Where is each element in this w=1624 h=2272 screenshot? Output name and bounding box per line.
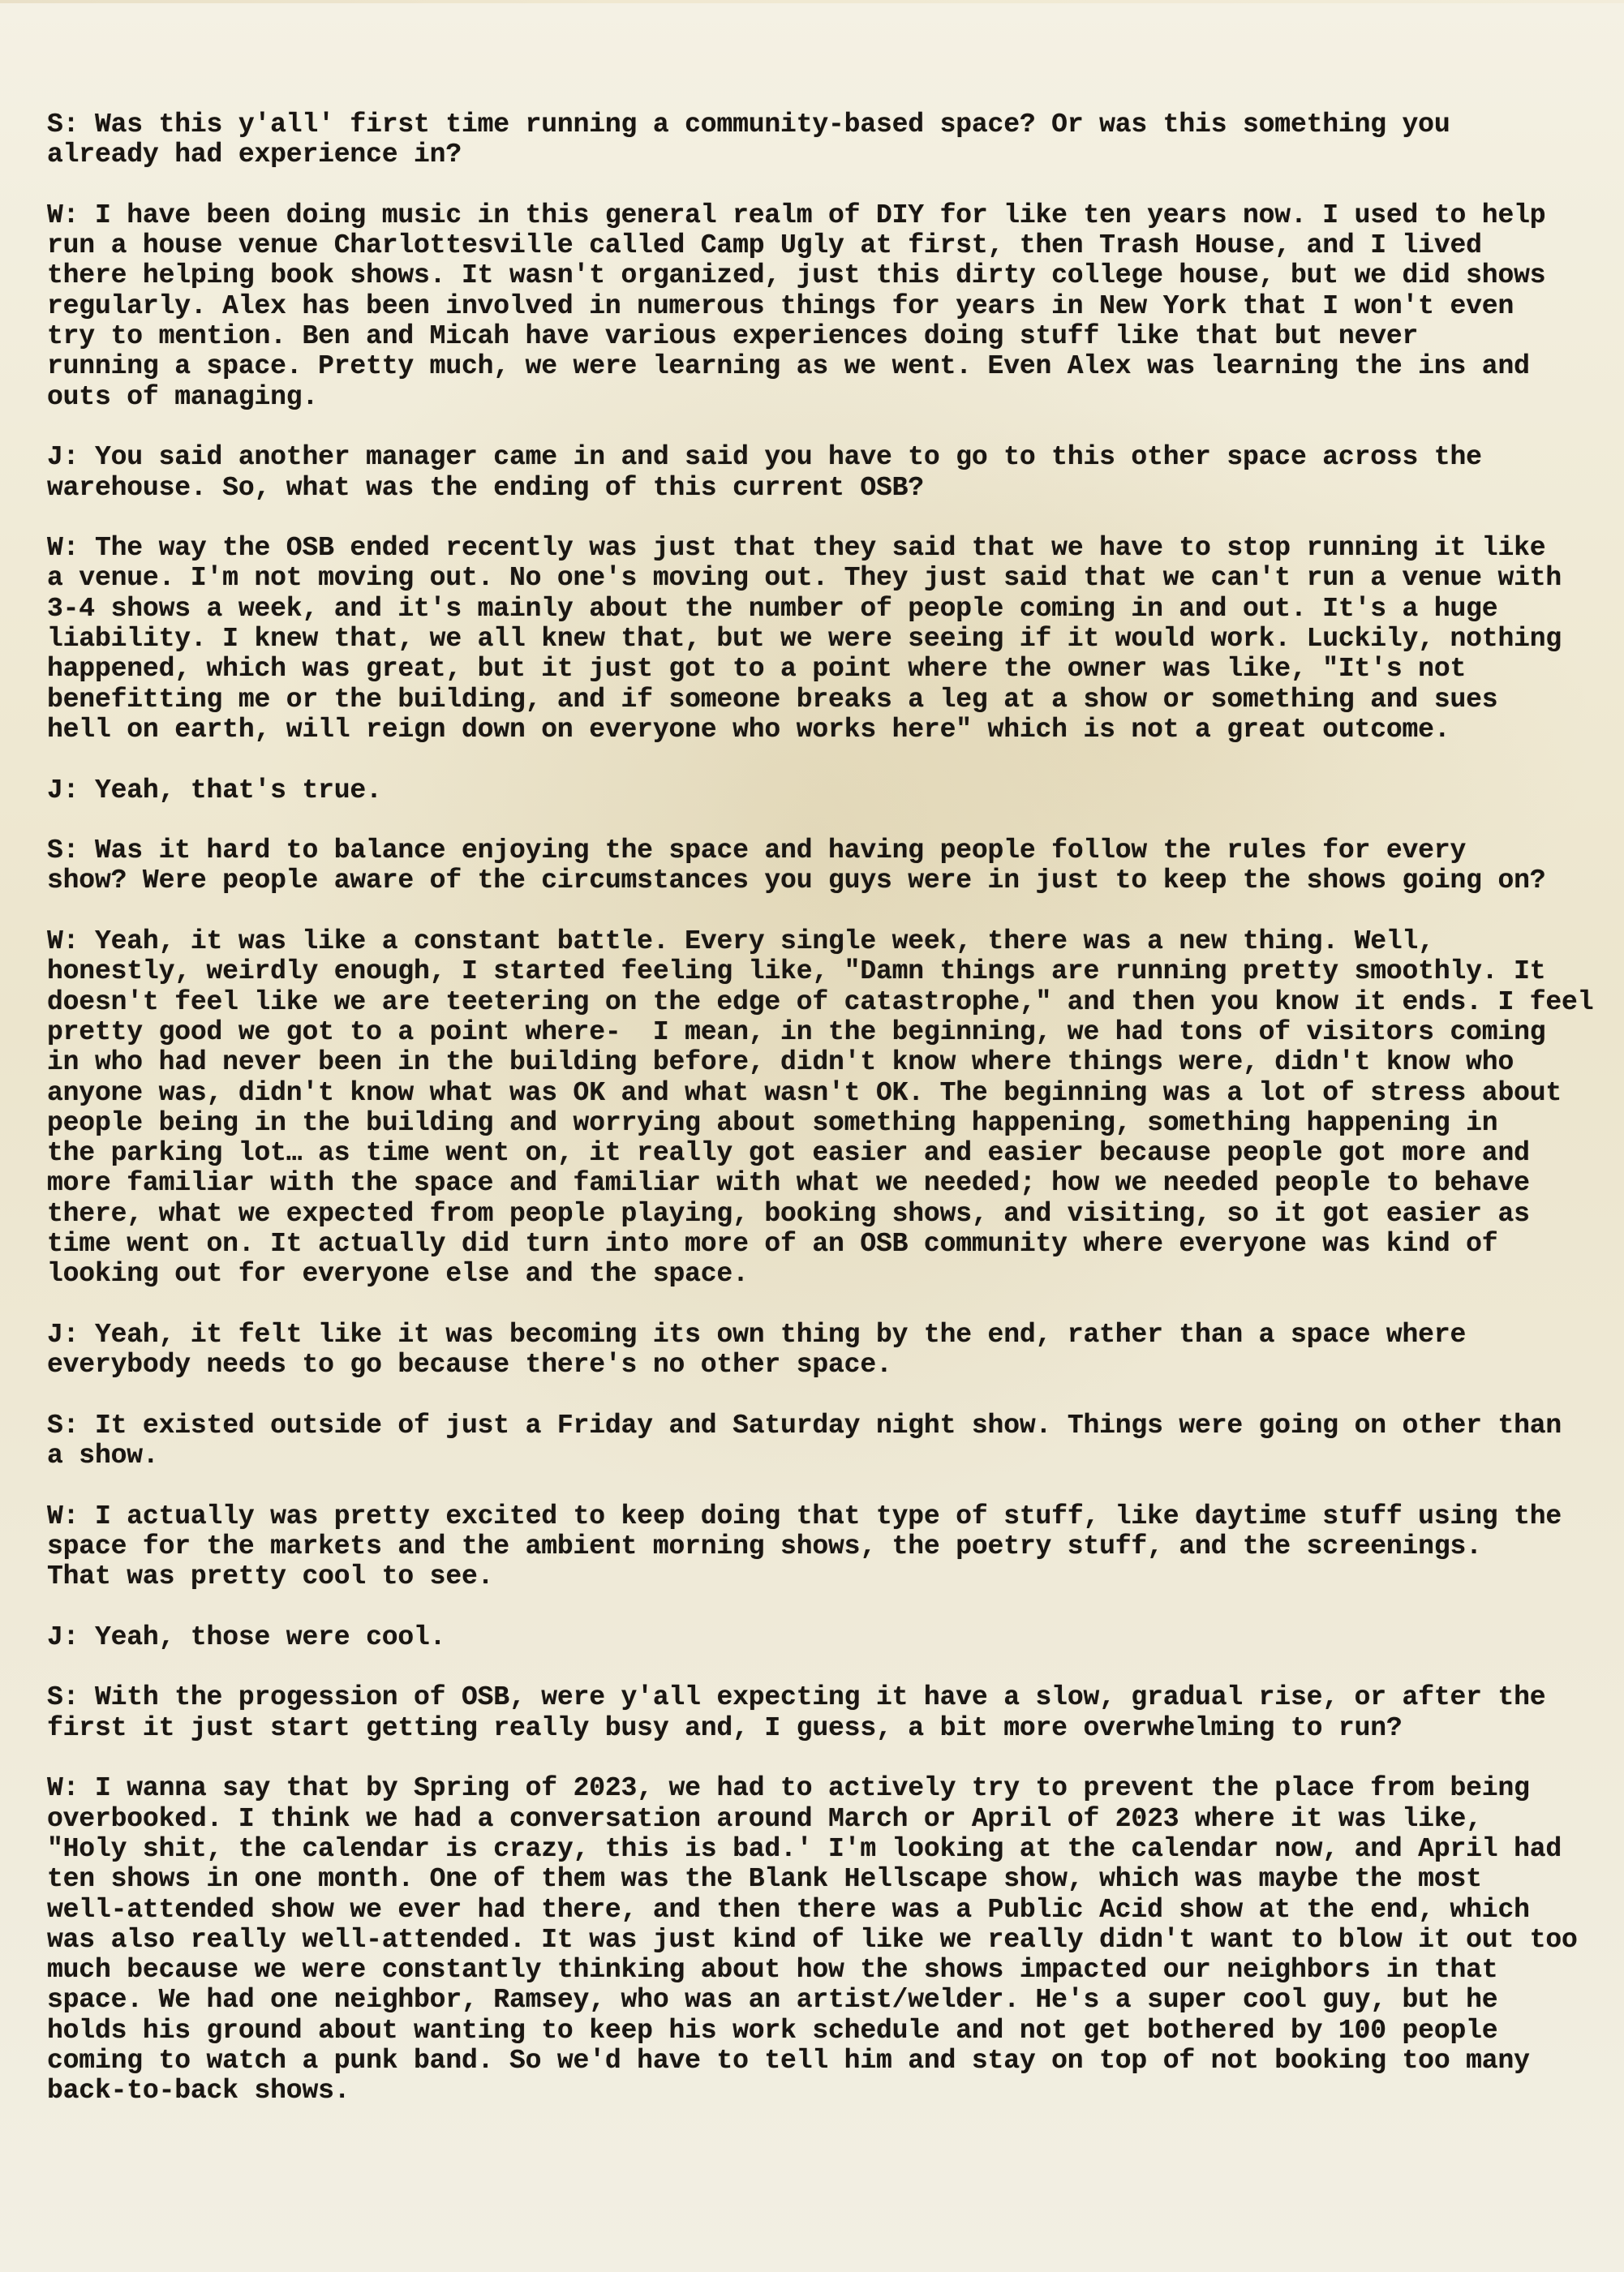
transcript-line: people being in the building and worryin…	[47, 1108, 1613, 1138]
transcript-line: benefitting me or the building, and if s…	[47, 685, 1613, 715]
page-top-edge	[0, 0, 1624, 3]
transcript-line: there helping book shows. It wasn't orga…	[47, 260, 1613, 290]
exchange-s-4: S: With the progession of OSB, were y'al…	[47, 1682, 1613, 1743]
speaker-label: J	[47, 442, 63, 472]
line-text: Yeah, those were cool.	[95, 1622, 445, 1652]
transcript-line: back-to-back shows.	[47, 2076, 1613, 2106]
transcript-line: run a house venue Charlottesville called…	[47, 230, 1613, 260]
exchange-w-2: W: The way the OSB ended recently was ju…	[47, 533, 1613, 745]
transcript-line: W: I wanna say that by Spring of 2023, w…	[47, 1773, 1613, 1803]
transcript-line: S: It existed outside of just a Friday a…	[47, 1411, 1613, 1441]
line-text: I have been doing music in this general …	[95, 200, 1545, 230]
exchange-s-1: S: Was this y'all' first time running a …	[47, 110, 1613, 170]
transcript-line: anyone was, didn't know what was OK and …	[47, 1078, 1613, 1108]
transcript-line: doesn't feel like we are teetering on th…	[47, 987, 1613, 1017]
transcript-line: hell on earth, will reign down on everyo…	[47, 715, 1613, 745]
transcript-line: already had experience in?	[47, 140, 1613, 170]
transcript-line: regularly. Alex has been involved in num…	[47, 291, 1613, 321]
transcript-line: happened, which was great, but it just g…	[47, 654, 1613, 684]
speaker-label: W	[47, 926, 63, 956]
speaker-label: W	[47, 200, 63, 230]
speaker-label: S	[47, 835, 63, 865]
transcript-line: more familiar with the space and familia…	[47, 1168, 1613, 1198]
transcript-line: ten shows in one month. One of them was …	[47, 1864, 1613, 1894]
transcript-line: running a space. Pretty much, we were le…	[47, 351, 1613, 381]
transcript-line: much because we were constantly thinking…	[47, 1955, 1613, 1985]
exchange-w-3: W: Yeah, it was like a constant battle. …	[47, 926, 1613, 1290]
transcript-line: in who had never been in the building be…	[47, 1047, 1613, 1077]
line-text: Was this y'all' first time running a com…	[95, 110, 1450, 140]
speaker-label: S	[47, 1682, 63, 1712]
exchange-w-4: W: I actually was pretty excited to keep…	[47, 1501, 1613, 1592]
transcript-line: honestly, weirdly enough, I started feel…	[47, 956, 1613, 986]
transcript-line: J: Yeah, that's true.	[47, 775, 1613, 805]
speaker-label: W	[47, 533, 63, 563]
transcript-line: That was pretty cool to see.	[47, 1561, 1613, 1591]
transcript-line: J: Yeah, it felt like it was becoming it…	[47, 1320, 1613, 1350]
exchange-s-2: S: Was it hard to balance enjoying the s…	[47, 835, 1613, 896]
transcript-line: J: Yeah, those were cool.	[47, 1622, 1613, 1652]
transcript-line: everybody needs to go because there's no…	[47, 1350, 1613, 1380]
transcript-line: the parking lot… as time went on, it rea…	[47, 1138, 1613, 1168]
line-text: Yeah, it was like a constant battle. Eve…	[95, 926, 1434, 956]
speaker-label: W	[47, 1501, 63, 1531]
transcript-line: space. We had one neighbor, Ramsey, who …	[47, 1985, 1613, 2015]
transcript-line: looking out for everyone else and the sp…	[47, 1259, 1613, 1289]
transcript-line: try to mention. Ben and Micah have vario…	[47, 321, 1613, 351]
speaker-label: J	[47, 1622, 63, 1652]
speaker-label: J	[47, 1320, 63, 1350]
transcript-line: time went on. It actually did turn into …	[47, 1229, 1613, 1259]
exchange-w-5: W: I wanna say that by Spring of 2023, w…	[47, 1773, 1613, 2106]
transcript-line: show? Were people aware of the circumsta…	[47, 865, 1613, 895]
transcript-line: W: I actually was pretty excited to keep…	[47, 1501, 1613, 1531]
transcript-line: W: The way the OSB ended recently was ju…	[47, 533, 1613, 563]
transcript-line: S: Was this y'all' first time running a …	[47, 110, 1613, 140]
transcript-line: S: Was it hard to balance enjoying the s…	[47, 835, 1613, 865]
exchange-w-1: W: I have been doing music in this gener…	[47, 200, 1613, 412]
transcript-line: was also really well-attended. It was ju…	[47, 1925, 1613, 1955]
line-text: Yeah, it felt like it was becoming its o…	[95, 1320, 1466, 1350]
transcript-line: outs of managing.	[47, 382, 1613, 412]
transcript-line: space for the markets and the ambient mo…	[47, 1531, 1613, 1561]
transcript-line: liability. I knew that, we all knew that…	[47, 624, 1613, 654]
transcript-line: holds his ground about wanting to keep h…	[47, 2016, 1613, 2046]
exchange-j-1: J: You said another manager came in and …	[47, 442, 1613, 503]
speaker-label: W	[47, 1773, 63, 1803]
line-text: It existed outside of just a Friday and …	[95, 1411, 1562, 1441]
line-text: I actually was pretty excited to keep do…	[95, 1501, 1562, 1531]
exchange-s-3: S: It existed outside of just a Friday a…	[47, 1411, 1613, 1471]
line-text: The way the OSB ended recently was just …	[95, 533, 1545, 563]
transcript-line: W: Yeah, it was like a constant battle. …	[47, 926, 1613, 956]
transcript-line: warehouse. So, what was the ending of th…	[47, 473, 1613, 503]
transcript-line: 3-4 shows a week, and it's mainly about …	[47, 594, 1613, 624]
transcript-line: S: With the progession of OSB, were y'al…	[47, 1682, 1613, 1712]
line-text: With the progession of OSB, were y'all e…	[95, 1682, 1545, 1712]
line-text: You said another manager came in and sai…	[95, 442, 1482, 472]
speaker-label: S	[47, 1411, 63, 1441]
transcript-line: coming to watch a punk band. So we'd hav…	[47, 2046, 1613, 2076]
transcript-line: well-attended show we ever had there, an…	[47, 1895, 1613, 1925]
transcript-line: "Holy shit, the calendar is crazy, this …	[47, 1834, 1613, 1864]
transcript-line: overbooked. I think we had a conversatio…	[47, 1804, 1613, 1834]
transcript-line: J: You said another manager came in and …	[47, 442, 1613, 472]
line-text: Yeah, that's true.	[95, 775, 382, 805]
transcript-line: there, what we expected from people play…	[47, 1199, 1613, 1229]
exchange-j-3: J: Yeah, it felt like it was becoming it…	[47, 1320, 1613, 1381]
interview-transcript: S: Was this y'all' first time running a …	[47, 110, 1613, 2137]
exchange-j-2: J: Yeah, that's true.	[47, 775, 1613, 805]
speaker-label: S	[47, 110, 63, 140]
transcript-line: pretty good we got to a point where- I m…	[47, 1017, 1613, 1047]
transcript-line: first it just start getting really busy …	[47, 1713, 1613, 1743]
line-text: I wanna say that by Spring of 2023, we h…	[95, 1773, 1530, 1803]
line-text: Was it hard to balance enjoying the spac…	[95, 835, 1466, 865]
transcript-line: a venue. I'm not moving out. No one's mo…	[47, 563, 1613, 593]
transcript-line: a show.	[47, 1441, 1613, 1471]
exchange-j-4: J: Yeah, those were cool.	[47, 1622, 1613, 1652]
speaker-label: J	[47, 775, 63, 805]
transcript-line: W: I have been doing music in this gener…	[47, 200, 1613, 230]
